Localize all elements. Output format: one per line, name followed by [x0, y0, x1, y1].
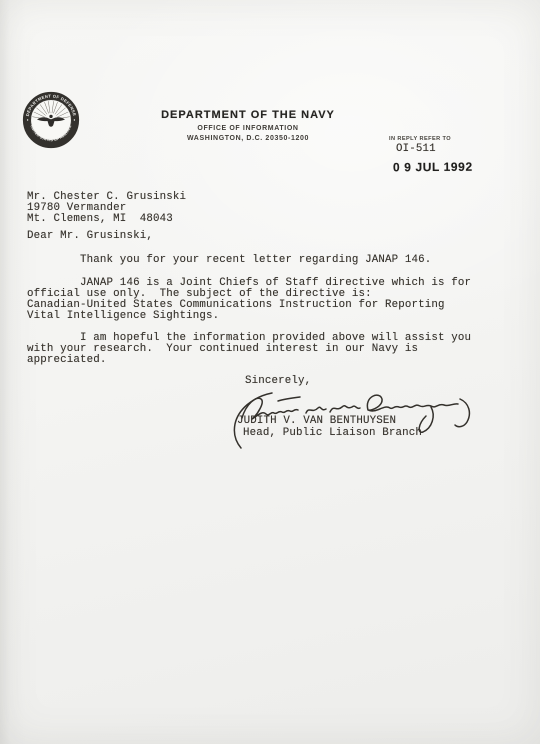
- letterhead: DEPARTMENT OF THE NAVY OFFICE OF INFORMA…: [120, 109, 376, 142]
- body-line: Thank you for your recent letter regardi…: [27, 255, 431, 266]
- recipient-line: Mt. Clemens, MI 48043: [27, 214, 186, 225]
- paragraph-1: Thank you for your recent letter regardi…: [27, 255, 431, 266]
- paragraph-2: JANAP 146 is a Joint Chiefs of Staff dir…: [27, 278, 471, 322]
- recipient-address: Mr. Chester C. Grusinski 19780 Vermander…: [27, 192, 186, 225]
- signer-title: Head, Public Liaison Branch: [243, 428, 422, 439]
- reply-refer-code: OI-511: [396, 144, 436, 155]
- letterhead-office: OFFICE OF INFORMATION: [120, 125, 376, 132]
- letterhead-address: WASHINGTON, D.C. 20350-1200: [120, 135, 376, 142]
- paragraph-3: I am hopeful the information provided ab…: [27, 333, 471, 366]
- signer-typed-name: JUDITH V. VAN BENTHUYSEN: [237, 416, 396, 427]
- letterhead-department: DEPARTMENT OF THE NAVY: [120, 109, 376, 121]
- scanned-letter-page: DEPARTMENT OF DEFENSE UNITED STATES OF A…: [0, 0, 540, 744]
- dod-seal: DEPARTMENT OF DEFENSE UNITED STATES OF A…: [21, 90, 81, 150]
- closing: Sincerely,: [245, 376, 311, 387]
- body-line: Vital Intelligence Sightings.: [27, 311, 471, 322]
- date-stamp: 0 9 JUL 1992: [393, 160, 473, 175]
- salutation: Dear Mr. Grusinski,: [27, 231, 153, 242]
- body-line: appreciated.: [27, 355, 471, 366]
- reply-refer-label: IN REPLY REFER TO: [389, 136, 451, 142]
